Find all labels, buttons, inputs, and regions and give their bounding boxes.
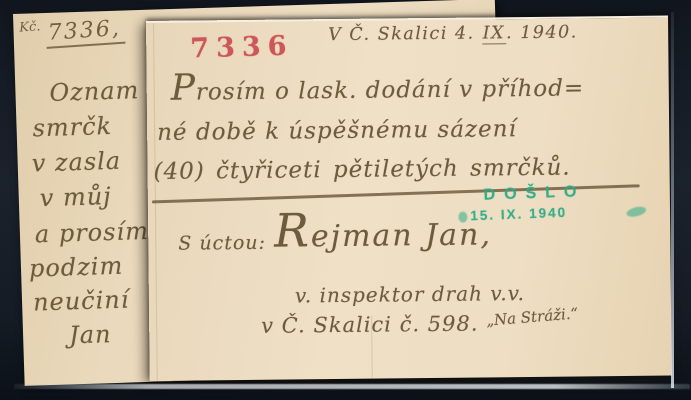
- body-line-1: Prosím o lask. dodání v příhod=: [171, 74, 585, 105]
- back-letter-line: a prosím: [34, 217, 149, 249]
- front-card-paper: 7336 V Č. Skalici 4. IX. 1940. Prosím o …: [146, 16, 672, 381]
- currency-label: Kč.: [19, 19, 41, 35]
- salutation: S úctou:: [178, 232, 266, 255]
- back-letter-line: v můj: [39, 182, 112, 212]
- signer-title: v. inspektor drah v.v.: [295, 281, 525, 307]
- back-letter-line: v zasla: [31, 147, 121, 178]
- body-line-3: (40) čtyřiceti pětiletých smrčků.: [153, 155, 570, 185]
- back-letter-line: neučiní: [33, 285, 130, 316]
- house-name: „Na Stráži.“: [486, 304, 579, 329]
- stamp-ink-smudge: [626, 205, 648, 219]
- dateline-year: . 1940.: [506, 22, 578, 43]
- reference-number: 7336,: [45, 16, 126, 49]
- received-date-stamp: DOŠLO 15. IX. 1940: [483, 183, 586, 223]
- address-text: v Č. Skalici č. 598.: [261, 312, 479, 338]
- reference-number-block: Kč. 7336,: [19, 14, 126, 48]
- scanned-letters-scene: Kč. 7336, Oznam smrčk v zasla v můj a pr…: [0, 0, 691, 400]
- back-letter-line: smrčk: [32, 112, 112, 142]
- address-line: v Č. Skalici č. 598.„Na Stráži.“: [261, 310, 579, 337]
- back-letter-line: Oznam: [49, 76, 140, 107]
- dateline-month: IX: [482, 23, 507, 44]
- signature: Rejman Jan,: [274, 215, 492, 254]
- back-letter-line: Jan: [69, 320, 112, 349]
- back-letter-line: podzim: [29, 252, 124, 283]
- scanner-light-line: [671, 12, 674, 388]
- scanner-glass-edge: [14, 384, 690, 389]
- dateline: V Č. Skalici 4. IX. 1940.: [328, 22, 578, 45]
- body-line-2: né době k úspěšnému sázení: [157, 116, 517, 146]
- control-number-stamp: 7336: [190, 31, 294, 65]
- dateline-place: V Č. Skalici 4.: [328, 24, 475, 46]
- received-stamp-word: DOŠLO: [483, 183, 585, 205]
